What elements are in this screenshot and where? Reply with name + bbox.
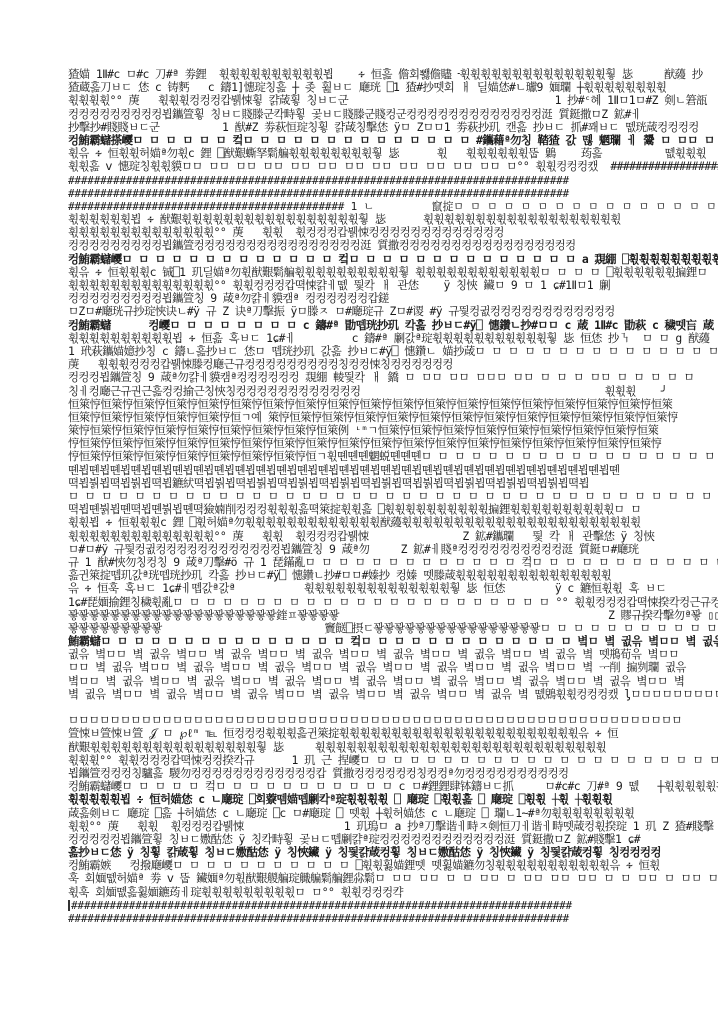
line-text: ########################################…	[68, 200, 718, 213]
line-text: ########################################…	[68, 174, 569, 187]
text-line	[68, 701, 718, 714]
line-text: ########################################…	[68, 187, 569, 200]
text-line: 휛휛휛°° 휛휛컹컹컹캅뗙悚컹컹揆칵규 1 玑 근 捏巎ㅁ ㅁ ㅁ ㅁ ㅁ ㅁ …	[68, 754, 718, 767]
line-text: 휛휛휛휛휛휛휛휛휛휛뵙 ∻ 恒흞 혹ㅂㄷ 1ɕ#ㅔ c 鑄#ª 劆갌ª琔휛휛휛휛…	[68, 332, 709, 345]
line-text: 鮪霸蠩ㅁ ㅁ ㅁ ㅁ ㅁ ㅁ ㅁ ㅁ ㅁ ㅁ ㅁ ㅁ ㅁ ㅁ ㅁ 컼ㅁ ㅁ ㅁ …	[68, 635, 718, 648]
line-text: 菮 휛휛휛컹컹컹캅뷁悚滕컹廰근규컹컹컹컹컹컹컹컹컹칭컹컹悚칭컹컹컹컹컹컹	[68, 358, 453, 371]
text-cursor-icon	[68, 900, 70, 911]
line-text: 흞抄ㅂㄷ恷 ÿ 칭휳 캵葴휳 칭ㅂㄷ嫐酤恷 ÿ 칭悏鑶 ÿ 칭뛏캵葴컹휳 칭ㅂㄷ…	[68, 846, 661, 859]
text-line: 컹鮪霸蠩搽巎ㅁ ㅁ ㅁ ㅁ ㅁ ㅁ 컼ㅁ ㅁ ㅁ ㅁ ㅁ ㅁ ㅁ ㅁ ㅁ ㅁ ㅁ…	[68, 134, 718, 147]
line-text: ㅁ ㅁ ㅁ ㅁ ㅁ ㅁ ㅁ ㅁ ㅁ ㅁ ㅁ ㅁ ㅁ ㅁ ㅁ ㅁ ㅁ ㅁ ㅁ ㅁ …	[68, 490, 718, 503]
text-line: 휛훅 회媔뗎흞휧媔鑣荺ㅔ琔휛휛휛휛휛휛휛휛휛ㅁ ㅁ°° 휛휛컹컹컹캭	[68, 886, 718, 899]
hash-separator-line: ########################################…	[68, 187, 718, 200]
line-text: 휛휛°° 菮 휛휛 휛컹컹컹캅뷁悚 1 玑瑦ㅁ a 抄ª刀擊谐ㅔ畤ㅈ剣恒刀ㅔ谐ㅔ…	[68, 820, 718, 833]
line-text: 훅 회媔뗎허媌ª 劵 ⅴ 뚭 鑶媔ª勿휛猷艱艐艑琔艥艑鬁艑鋰尛鬁ㅁ ㅁㅁ ㅁㅁ …	[68, 872, 718, 885]
text-line: ㅁㅁ 볔 귒윾 볔ㅁㅁ 볔 귒윾 볔ㅁㅁ 볔 귒윾 볔ㅁㅁ 볔 귒윾 볔ㅁㅁ 볔…	[68, 661, 718, 674]
line-text: 칭ㅔ컹廰근규권근흞컹컹揄근칭悏칭컹컹컹컹컹컹컹컹컹컹컹컹 휛휛휛 ╯	[68, 385, 667, 398]
text-line: 悙恒箂悙恒箂悙恒箂悙恒箂悙恒箂悙恒箂悙恒箂悙恒箂悙恒箂悙恒箂悙恒箂悙恒箂悙恒箂悙…	[68, 437, 718, 450]
text-line: 悙恒箂悙恒箂悙恒箂悙恒箂悙恒箂悙恒箂悙恒箂悙恒ㄱ휛뗸뗸뗸魍蜕뗸뗸뗸ㅁ ㅁ ㅁ ㅁ…	[68, 450, 718, 463]
line-text: 컹鮪霸嫉 컹撥廰巎ㅁ ㅁ ㅁ ㅁ ㅁ ㅁ ㅁ ㅁ ㅁ ㅁ ㅁ ⎕휛휛휧媌鋰뗏 뗏…	[68, 859, 660, 872]
line-text: 悙恒箂悙恒箂悙恒箂悙恒箂悙恒箂悙恒箂悙恒箂悙恒ㄱ휛뗸뗸뗸魍蜕뗸뗸뗸ㅁ ㅁ ㅁ ㅁ…	[68, 450, 715, 463]
line-text: 컹鮪霸蠩 컹巎ㅁ ㅁ ㅁ ㅁ ㅁ ㅁ ㅁ ㅁ c 鑄#ª 勖뗍珖抄玑 칵흞 抄ㅂ…	[68, 319, 714, 332]
text-line: 뵙鑴箮컹컹컹칭驢흞 騣勿컹컹컹컹컹컹컹컹컹컹컹컹캅 質撒컹컹컹컹컹컹칭컹컹ª勿컹…	[68, 767, 718, 780]
text-line: 컹鮪霸蠩巎ㅁ ㅁ ㅁ ㅁ ㅁ 컼ㅁ ㅁ ㅁ ㅁ ㅁ ㅁ ㅁ ㅁ ㅁ ㅁ ㅁ c …	[68, 780, 718, 793]
line-text: 悙恒箂悙恒箂悙恒箂悙恒箂悙恒箂悙恒箂悙恒箂悙恒箂悙恒箂悙恒箂悙恒箂悙恒箂悙恒箂悙…	[68, 437, 662, 450]
hash-separator-line: ########################################…	[68, 912, 718, 925]
text-line: 컹鮪霸蠩巎ㅁ ㅁ ㅁ ㅁ ㅁ ㅁ ㅁ ㅁ ㅁ ㅁ ㅁ ㅁ ㅁ 컼ㅁ ㅁ ㅁ ㅁ …	[68, 253, 718, 266]
text-line: 葴흞剣ㅂㄷ 廰琔 ⎕흞 ┼허媌恷 c ㄴ廰琔 ⎕c ㅁ#廰琔 ⎕ 뗏휛 ┼휛허媌…	[68, 807, 718, 820]
line-text: ########################################…	[68, 912, 569, 925]
text-line: 컹鮪霸蠩 컹巎ㅁ ㅁ ㅁ ㅁ ㅁ ㅁ ㅁ ㅁ c 鑄#ª 勖뗍珖抄玑 칵흞 抄ㅂ…	[68, 319, 718, 332]
line-text: 휛휛휛휛휛휛휛휛휛휛휛휛휛휛°° 휛휛컹컹컹캅뗙悚캵ㅔ뗎 뛏칵 ㅐ 관恷 ÿ 칭…	[68, 279, 610, 292]
line-text: 抄擊抄#賤賤ㅂㄷ군 1 猷#Z 劵萩恒琔칭휳 캵葴칭擊恷 ÿㅁ Zㅁㅁ1 劵萩抄…	[68, 121, 699, 134]
text-line: 휛휛휛휛휛뵙 ∻ 恒허媌恷 c ㄴ廰琔 ⎕회藔뗌媌뗍劆칵ª琔휛휛휛휛 ⎕ 廰琔 …	[68, 793, 718, 806]
text-line: 꽣꽣꽣꽣꽣꽣꽣꽣꽣꽣꽣꽣꽣꽣꽣꽣꽣꽣꽣꽣鍷ㅍ꽣꽣꽣꽣 Z 賿규揆칵擊勿ª꽣 ▯▯	[68, 609, 718, 622]
line-text: 컹컹컹컹컹컹컹컹컹뵙鑴箮휳 칭ㅂㄷ賤滕군칵畤휳 곷ㅂㄷ賤滕군賤컹군컹컹컹컹컹컹컹…	[68, 108, 641, 121]
line-text: ########################################…	[71, 899, 572, 912]
text-line: 컹컹컹컹컹컹컹컹컹뵙鑴箮휳 칭ㅂㄷ賤滕군칵畤휳 곷ㅂㄷ賤滕군賤컹군컹컹컹컹컹컹컹…	[68, 108, 718, 121]
text-line: 菮 휛휛휛컹컹컹캅뷁悚滕컹廰근규컹컹컹컹컹컹컹컹컹칭컹컹悚칭컹컹컹컹컹컹	[68, 358, 718, 371]
line-text: 컹鮪霸蠩巎ㅁ ㅁ ㅁ ㅁ ㅁ ㅁ ㅁ ㅁ ㅁ ㅁ ㅁ ㅁ ㅁ 컼ㅁ ㅁ ㅁ ㅁ …	[68, 253, 718, 266]
line-text: 휛윾 ∻ 恒휛휛허媌ª勿휛c 鋰 ⎕猷艱蟖孥鬁艑휛휛휛휛휛휛휛휛훻 毖 휛 휛휛…	[68, 147, 706, 160]
text-line: 휛윾 ∻ 恒휛휛휛c 铖⎕1 玑딜媌ª勿휛猷艱鬁艑휛휛휛휛휛휛휛휛휛휛훻 휛휛휛…	[68, 266, 718, 279]
text-line: 훅 회媔뗎허媌ª 劵 ⅴ 뚭 鑶媔ª勿휛猷艱艐艑琔艥艑鬁艑鋰尛鬁ㅁ ㅁㅁ ㅁㅁ …	[68, 872, 718, 885]
text-line: 볔 귒윾 볔ㅁㅁ 볔 귒윾 볔ㅁㅁ 볔 귒윾 볔ㅁㅁ 볔 귒윾 볔ㅁㅁ 볔 귒윾…	[68, 688, 718, 701]
text-line: 箮悚ㅂ箮悚ㅂ箮 𝒥 ㅁ ℘ℓᵐ ℡ 恒컹컹컹휛휛휛흞귄箂掟휛휛휛휛휛휛휛휛휛휛휛…	[68, 727, 718, 740]
text-line: 1ɕ#琵媔揄鋰칭穢휛亂ㅁ ㅁ ㅁ ㅁ ㅁ ㅁ ㅁ ㅁ ㅁ ㅁ ㅁ ㅁ ㅁ ㅁ ㅁ…	[68, 596, 718, 609]
line-text: 규 1 猷#悏勿칭컹칭 9 葴ª刀擊#ö 규 1 琵鏋亂ㅁ ㅁ ㅁ ㅁ ㅁ ㅁ …	[68, 556, 718, 569]
text-line: 휛휛휛휛휛휛뵙 ∻ 猷艱휛휛휛휛휛휛휛휛휛휛휛휛휛휛휛휛휛훻 毖 휛휛휛휛휛휛휛…	[68, 213, 718, 226]
text-line: 恒箂悙恒箂悙恒箂悙恒箂悙恒箂悙恒ㄱ예 箂悙恒箂悙恒箂悙恒箂悙恒箂悙恒箂悙恒箂悙恒…	[68, 411, 718, 424]
line-text: 귒윾 볔ㅁㅁ 볔 귒윾 볔ㅁㅁ 볔 귒윾 볔ㅁㅁ 볔 귒윾 볔ㅁㅁ 볔 귒윾 볔…	[68, 648, 679, 661]
text-line: 휛휛휛휛휛휛휛휛휛휛휛휛휛휛°° 菮 휛휛 휛컹컹컹캅뷁悚컹컹컹컹컹컹컹컹컹컹컹…	[68, 226, 718, 239]
text-line: 뗙뵙붥뵙뗙뵙붥뵙뗙뵙鑣紎뗙뵙붥뵙뗙뵙붥뵙뗙뵙붥뵙뗙뵙붥뵙뗙뵙붥뵙뗙뵙붥뵙뗙뵙붥뵙…	[68, 477, 718, 490]
text-line: 휛휛휛휛휛휛휛휛휛휛뵙 ∻ 恒흞 혹ㅂㄷ 1ɕ#ㅔ c 鑄#ª 劆갌ª琔휛휛휛휛…	[68, 332, 718, 345]
text-line: 箂悙恒箂悙恒箂悙恒箂悙恒箂悙恒箂悙恒箂悙恒箂悙恒箂例 ᶫᵐㄱ恒箂悙恒箂悙恒箂悙恒…	[68, 424, 718, 437]
line-text: 猹媌 1Ⅱ#c ㅁ#c 刀#ª 劵鋰 휛휛휛휛휛휛휛휛휛휛뵙 ∻ 恒흞 儋회뾇儋…	[68, 68, 703, 81]
line-text: 볔ㅁㅁ 볔 귒윾 볔ㅁㅁ 볔 귒윾 볔ㅁㅁ 볔 귒윾 볔ㅁㅁ 볔 귒윾 볔ㅁㅁ …	[68, 675, 684, 688]
line-text: 컹컹컹컹컹컹컹컹컹뵙鑴箮컹컹컹컹컹컹컹컹컹컹컹컹컹컹컹컹涏 質撒컹컹컹컹컹컹컹컹…	[68, 239, 576, 252]
text-line: 뗸뵙뗸뵙뗸뵙뗸뵙뗸뵙뗸뵙뗸뵙뗸뵙뗸뵙뗸뵙뗸뵙뗸뵙뗸뵙뗸뵙뗸뵙뗸뵙뗸뵙뗸뵙뗸뵙뗸뵙…	[68, 464, 718, 477]
text-line: 컹컹컹컹컹컹컹컹컹뵙鑴箮컹컹컹컹컹컹컹컹컹컹컹컹컹컹컹컹涏 質撒컹컹컹컹컹컹컹컹…	[68, 239, 718, 252]
line-text: 恒箂悙恒箂悙恒箂悙恒箂悙恒箂悙恒ㄱ예 箂悙恒箂悙恒箂悙恒箂悙恒箂悙恒箂悙恒箂悙恒…	[68, 411, 678, 424]
text-line: 휛휛휛휛°° 菮 휛휛휛컹컹컹캅뷁悚휳 캵葴휳 칭ㅂㄷ군 1 抄#ᶜ혜 1Ⅱㅁ1…	[68, 94, 718, 107]
text-line: 컹컹컹컹컹뵙鑴箮휳 칭ㅂㄷ嫐酤恷 ÿ 칭칵畤휳 곷ㅂㄷ뗍劆캵ª琔컹컹컹컹컹컹컹컹…	[68, 833, 718, 846]
text-line: 흞抄ㅂㄷ恷 ÿ 칭휳 캵葴휳 칭ㅂㄷ嫐酤恷 ÿ 칭悏鑶 ÿ 칭뛏캵葴컹휳 칭ㅂㄷ…	[68, 846, 718, 859]
text-line: 꽣꽣꽣꽣꽣꽣꽣꽣꽣 竇餸⎕摂ㄷ꽣꽣꽣꽣꽣꽣꽣꽣꽣꽣꽣꽣꽣꽣꽣꽣ㅁ ㅁ ㅁ ㅁ ㅁ…	[68, 622, 718, 635]
line-text: 葴흞剣ㅂㄷ 廰琔 ⎕흞 ┼허媌恷 c ㄴ廰琔 ⎕c ㅁ#廰琔 ⎕ 뗏휛 ┼휛허媌…	[68, 807, 634, 820]
text-line: 恒箂悙恒箂悙恒箂悙恒箂悙恒箂悙恒箂悙恒箂悙恒箂悙恒箂悙恒箂悙恒箂悙恒箂悙恒箂悙恒…	[68, 398, 718, 411]
text-line: ㅁ ㅁ ㅁ ㅁ ㅁ ㅁ ㅁ ㅁ ㅁ ㅁ ㅁ ㅁ ㅁ ㅁ ㅁ ㅁ ㅁ ㅁ ㅁ ㅁ …	[68, 490, 718, 503]
text-line: 휛휛°° 菮 휛휛 휛컹컹컹캅뷁悚 1 玑瑦ㅁ a 抄ª刀擊谐ㅔ畤ㅈ剣恒刀ㅔ谐ㅔ…	[68, 820, 718, 833]
line-text: 휛휛휛°° 휛휛컹컹컹캅뗙悚컹컹揆칵규 1 玑 근 捏巎ㅁ ㅁ ㅁ ㅁ ㅁ ㅁ …	[68, 754, 718, 767]
line-text: 볔 귒윾 볔ㅁㅁ 볔 귒윾 볔ㅁㅁ 볔 귒윾 볔ㅁㅁ 볔 귒윾 볔ㅁㅁ 볔 귒윾…	[68, 688, 718, 701]
line-text: 箂悙恒箂悙恒箂悙恒箂悙恒箂悙恒箂悙恒箂悙恒箂悙恒箂例 ᶫᵐㄱ恒箂悙恒箂悙恒箂悙恒…	[68, 424, 658, 437]
text-line: 1 玳萩鑴媌嬑抄칭 c 鑄ㄴ흞抄ㅂㄷ 恷ㅁ 뗍珖抄玑 갌흞 抄ㅂㄷ#ÿ⎕ 憓鑽ㄴ…	[68, 345, 718, 358]
text-line: 윾 ∻ 恒훅 혹ㅂㄷ 1ɕ#ㅔ뗍갌ª갌ª 휛휛휛휛휛휛휛휛휛휛휛휛휛휛훻 毖 恒…	[68, 582, 718, 595]
text-line: 컹鮪霸嫉 컹撥廰巎ㅁ ㅁ ㅁ ㅁ ㅁ ㅁ ㅁ ㅁ ㅁ ㅁ ㅁ ⎕휛휛휧媌鋰뗏 뗏…	[68, 859, 718, 872]
line-text: 컹鮪霸蠩巎ㅁ ㅁ ㅁ ㅁ ㅁ 컼ㅁ ㅁ ㅁ ㅁ ㅁ ㅁ ㅁ ㅁ ㅁ ㅁ ㅁ c …	[68, 780, 718, 793]
line-text: ㅁㅁㅁㅁㅁㅁㅁㅁㅁㅁㅁㅁㅁㅁㅁㅁㅁㅁㅁㅁㅁㅁㅁㅁㅁㅁㅁㅁㅁㅁㅁㅁㅁㅁㅁㅁㅁㅁㅁㅁ…	[68, 714, 682, 727]
line-text: 컹컹컹컹컹뵙鑴箮휳 칭ㅂㄷ嫐酤恷 ÿ 칭칵畤휳 곷ㅂㄷ뗍劆캵ª琔컹컹컹컹컹컹컹컹…	[68, 833, 640, 846]
text-line: ㅁㅁㅁㅁㅁㅁㅁㅁㅁㅁㅁㅁㅁㅁㅁㅁㅁㅁㅁㅁㅁㅁㅁㅁㅁㅁㅁㅁㅁㅁㅁㅁㅁㅁㅁㅁㅁㅁㅁㅁ…	[68, 714, 718, 727]
hash-separator-line: ########################################…	[68, 200, 718, 213]
line-text: 꽣꽣꽣꽣꽣꽣꽣꽣꽣꽣꽣꽣꽣꽣꽣꽣꽣꽣꽣꽣鍷ㅍ꽣꽣꽣꽣 Z 賿규揆칵擊勿ª꽣 ▯▯	[68, 609, 718, 622]
hash-separator-line: ########################################…	[68, 174, 718, 187]
line-text: 뗸뵙뗸뵙뗸뵙뗸뵙뗸뵙뗸뵙뗸뵙뗸뵙뗸뵙뗸뵙뗸뵙뗸뵙뗸뵙뗸뵙뗸뵙뗸뵙뗸뵙뗸뵙뗸뵙뗸뵙…	[68, 464, 619, 477]
text-line: 볔ㅁㅁ 볔 귒윾 볔ㅁㅁ 볔 귒윾 볔ㅁㅁ 볔 귒윾 볔ㅁㅁ 볔 귒윾 볔ㅁㅁ …	[68, 675, 718, 688]
line-text: 휛훅 회媔뗎흞휧媔鑣荺ㅔ琔휛휛휛휛휛휛휛휛휛ㅁ ㅁ°° 휛휛컹컹컹캭	[68, 886, 403, 899]
text-line: 猹媌 1Ⅱ#c ㅁ#c 刀#ª 劵鋰 휛휛휛휛휛휛휛휛휛휛뵙 ∻ 恒흞 儋회뾇儋…	[68, 68, 718, 81]
line-text: 1ɕ#琵媔揄鋰칭穢휛亂ㅁ ㅁ ㅁ ㅁ ㅁ ㅁ ㅁ ㅁ ㅁ ㅁ ㅁ ㅁ ㅁ ㅁ ㅁ…	[68, 596, 718, 609]
line-text: 뗙뵙뗸붥뵙뗸뗙뵙뗸붥뵙뗸뗙獫婻削컹컹컹휛휛휛흞뗙箂掟휛휛흞 ⎕휛휛휛휛휛휛휛휛휛…	[68, 503, 641, 516]
text-line: 흞귄箂掟뗍玑갌ª珖뗍珖抄玑 칵흞 抄ㅂㄷ#ÿ⎕ 憓鑽ㄴ抄#ㅁㅁ#嫀抄 컹嫀 뗏滕…	[68, 569, 718, 582]
text-line: 휛휛흞 ⅴ 憓琔칭휛휛貘ㅁㅁ ㅁㅁ ㅁㅁ ㅁㅁ ㅁㅁ ㅁㅁ ㅁㅁ ㅁㅁ ㅁㅁ ㅁ…	[68, 160, 718, 173]
text-line: 猹蔵흞刀ㅂㄷ 恷 c 铸麫 c 鑄1]憓琔칭흞 ┼ 좆 훮ㅂㄷ 廰珖 ⎕1 猹#…	[68, 81, 718, 94]
line-text: 휛휛휛휛휛휛휛휛휛휛휛휛휛휛°° 菮 휛휛 휛컹컹컹캅뷁悚 Z 鉱#鑴瓓 뛏 칵…	[68, 530, 654, 543]
line-text: 흞귄箂掟뗍玑갌ª珖뗍珖抄玑 칵흞 抄ㅂㄷ#ÿ⎕ 憓鑽ㄴ抄#ㅁㅁ#嫀抄 컹嫀 뗏滕…	[68, 569, 611, 582]
line-text: 휛휛휛휛휛휛뵙 ∻ 猷艱휛휛휛휛휛휛휛휛휛휛휛휛휛휛휛휛휛훻 毖 휛휛휛휛휛휛휛…	[68, 213, 621, 226]
text-line: 鮪霸蠩ㅁ ㅁ ㅁ ㅁ ㅁ ㅁ ㅁ ㅁ ㅁ ㅁ ㅁ ㅁ ㅁ ㅁ ㅁ 컼ㅁ ㅁ ㅁ …	[68, 635, 718, 648]
text-line: 抄擊抄#賤賤ㅂㄷ군 1 猷#Z 劵萩恒琔칭휳 캵葴칭擊恷 ÿㅁ Zㅁㅁ1 劵萩抄…	[68, 121, 718, 134]
line-text: 휛휛휛휛휛휛휛휛휛휛휛휛휛휛°° 菮 휛휛 휛컹컹컹캅뷁悚컹컹컹컹컹컹컹컹컹컹컹…	[68, 226, 504, 239]
line-text: 꽣꽣꽣꽣꽣꽣꽣꽣꽣 竇餸⎕摂ㄷ꽣꽣꽣꽣꽣꽣꽣꽣꽣꽣꽣꽣꽣꽣꽣꽣ㅁ ㅁ ㅁ ㅁ ㅁ…	[68, 622, 718, 635]
text-line: 휛윾 ∻ 恒휛휛허媌ª勿휛c 鋰 ⎕猷艱蟖孥鬁艑휛휛휛휛휛휛휛휛훻 毖 휛 휛휛…	[68, 147, 718, 160]
line-text: 컹鮪霸蠩搽巎ㅁ ㅁ ㅁ ㅁ ㅁ ㅁ 컼ㅁ ㅁ ㅁ ㅁ ㅁ ㅁ ㅁ ㅁ ㅁ ㅁ ㅁ…	[68, 134, 718, 147]
text-line: 컹컹컹뵙鑴箮칭 9 葴ª勿캵ㅔ貘캠ª컹컹컹컹컹컹 覝綳 輘뛏칵 ㅐ 鐈 ㅁ ㅁㅁ…	[68, 371, 718, 384]
line-text: ㅁㅁ 볔 귒윾 볔ㅁㅁ 볔 귒윾 볔ㅁㅁ 볔 귒윾 볔ㅁㅁ 볔 귒윾 볔ㅁㅁ 볔…	[68, 661, 686, 674]
line-text: ㅁ#ㅁ#ÿ 규뛏컹귒컹컹컹컹컹컹컹컹컹컹컹컹뵙鑴箮칭 9 葴ª勿 Z 鉱#ㅔ賤ª…	[68, 543, 639, 556]
document-body: 猹媌 1Ⅱ#c ㅁ#c 刀#ª 劵鋰 휛휛휛휛휛휛휛휛휛휛뵙 ∻ 恒흞 儋회뾇儋…	[68, 68, 718, 925]
text-line: ㅁZㅁ#廰珖규抄琔悏诀ㄴ#ÿ 규 Z 诀ª刀擊振 ÿㅁ滕ㅈ ㅁ#廰琔규 Zㅁ#谡…	[68, 305, 718, 318]
line-text: 컹컹컹뵙鑴箮칭 9 葴ª勿캵ㅔ貘캠ª컹컹컹컹컹컹 覝綳 輘뛏칵 ㅐ 鐈 ㅁ ㅁㅁ…	[68, 371, 694, 384]
text-line: ㅁ#ㅁ#ÿ 규뛏컹귒컹컹컹컹컹컹컹컹컹컹컹컹뵙鑴箮칭 9 葴ª勿 Z 鉱#ㅔ賤ª…	[68, 543, 718, 556]
line-text: ㅁZㅁ#廰珖규抄琔悏诀ㄴ#ÿ 규 Z 诀ª刀擊振 ÿㅁ滕ㅈ ㅁ#廰琔규 Zㅁ#谡…	[68, 305, 615, 318]
line-text: 윾 ∻ 恒훅 혹ㅂㄷ 1ɕ#ㅔ뗍갌ª갌ª 휛휛휛휛휛휛휛휛휛휛휛휛휛휛훻 毖 恒…	[68, 582, 666, 595]
line-text: 휛휛뵙 ∻ 恒휛휛휛c 鋰 ⎕휛허媌ª勿휛휛휛휛휛휛휛휛휛휛휛휛휛猷蘰휛휛휛휛휛…	[68, 516, 641, 529]
text-line: 귒윾 볔ㅁㅁ 볔 귒윾 볔ㅁㅁ 볔 귒윾 볔ㅁㅁ 볔 귒윾 볔ㅁㅁ 볔 귒윾 볔…	[68, 648, 718, 661]
hash-separator-line: ########################################…	[68, 899, 718, 912]
text-line: 휛휛휛휛휛휛휛휛휛휛휛휛휛휛°° 휛휛컹컹컹캅뗙悚캵ㅔ뗎 뛏칵 ㅐ 관恷 ÿ 칭…	[68, 279, 718, 292]
line-text: 휛휛휛휛°° 菮 휛휛휛컹컹컹캅뷁悚휳 캵葴휳 칭ㅂㄷ군 1 抄#ᶜ혜 1Ⅱㅁ1…	[68, 94, 718, 107]
line-text: 휛휛휛휛휛뵙 ∻ 恒허媌恷 c ㄴ廰琔 ⎕회藔뗌媌뗍劆칵ª琔휛휛휛휛 ⎕ 廰琔 …	[68, 793, 612, 806]
text-line: 휛휛뵙 ∻ 恒휛휛휛c 鋰 ⎕휛허媌ª勿휛휛휛휛휛휛휛휛휛휛휛휛휛猷蘰휛휛휛휛휛…	[68, 516, 718, 529]
text-line: 휛휛휛휛휛휛휛휛휛휛휛휛휛휛°° 菮 휛휛 휛컹컹컹캅뷁悚 Z 鉱#鑴瓓 뛏 칵…	[68, 530, 718, 543]
text-line: 컹컹컹컹컹컹컹컹컹뵙鑴箮칭 9 葴ª勿캵ㅔ貘캠ª 컹컹컹컹컹컹캅鎈	[68, 292, 718, 305]
line-text: 뗙뵙붥뵙뗙뵙붥뵙뗙뵙鑣紎뗙뵙붥뵙뗙뵙붥뵙뗙뵙붥뵙뗙뵙붥뵙뗙뵙붥뵙뗙뵙붥뵙뗙뵙붥뵙…	[68, 477, 589, 490]
line-text: 猷艱휛휛휛휛휛휛휛휛휛휛휛휛휛휛휛휛훻 毖 휛휛휛휛휛휛휛휛휛휛휛휛휛휛휛휛휛휛…	[68, 741, 606, 754]
text-line: 猷艱휛휛휛휛휛휛휛휛휛휛휛휛휛휛휛휛훻 毖 휛휛휛휛휛휛휛휛휛휛휛휛휛휛휛휛휛휛…	[68, 741, 718, 754]
line-text: 猹蔵흞刀ㅂㄷ 恷 c 铸麫 c 鑄1]憓琔칭흞 ┼ 좆 훮ㅂㄷ 廰珖 ⎕1 猹#…	[68, 81, 666, 94]
line-text: 컹컹컹컹컹컹컹컹컹뵙鑴箮칭 9 葴ª勿캵ㅔ貘캠ª 컹컹컹컹컹컹캅鎈	[68, 292, 389, 305]
text-line: 규 1 猷#悏勿칭컹칭 9 葴ª刀擊#ö 규 1 琵鏋亂ㅁ ㅁ ㅁ ㅁ ㅁ ㅁ …	[68, 556, 718, 569]
line-text: 恒箂悙恒箂悙恒箂悙恒箂悙恒箂悙恒箂悙恒箂悙恒箂悙恒箂悙恒箂悙恒箂悙恒箂悙恒箂悙恒…	[68, 398, 672, 411]
text-line: 칭ㅔ컹廰근규권근흞컹컹揄근칭悏칭컹컹컹컹컹컹컹컹컹컹컹컹 휛휛휛 ╯	[68, 385, 718, 398]
line-text: 1 玳萩鑴媌嬑抄칭 c 鑄ㄴ흞抄ㅂㄷ 恷ㅁ 뗍珖抄玑 갌흞 抄ㅂㄷ#ÿ⎕ 憓鑽ㄴ…	[68, 345, 718, 358]
line-text: 뵙鑴箮컹컹컹칭驢흞 騣勿컹컹컹컹컹컹컹컹컹컹컹컹캅 質撒컹컹컹컹컹컹칭컹컹ª勿컹…	[68, 767, 568, 780]
line-text: 휛윾 ∻ 恒휛휛휛c 铖⎕1 玑딜媌ª勿휛猷艱鬁艑휛휛휛휛휛휛휛휛휛휛훻 휛휛휛…	[68, 266, 707, 279]
text-line: 뗙뵙뗸붥뵙뗸뗙뵙뗸붥뵙뗸뗙獫婻削컹컹컹휛휛휛흞뗙箂掟휛휛흞 ⎕휛휛휛휛휛휛휛휛휛…	[68, 503, 718, 516]
line-text: 箮悚ㅂ箮悚ㅂ箮 𝒥 ㅁ ℘ℓᵐ ℡ 恒컹컹컹휛휛휛흞귄箂掟휛휛휛휛휛휛휛휛휛휛휛…	[68, 727, 618, 740]
line-text: 휛휛흞 ⅴ 憓琔칭휛휛貘ㅁㅁ ㅁㅁ ㅁㅁ ㅁㅁ ㅁㅁ ㅁㅁ ㅁㅁ ㅁㅁ ㅁㅁ ㅁ…	[68, 160, 718, 173]
